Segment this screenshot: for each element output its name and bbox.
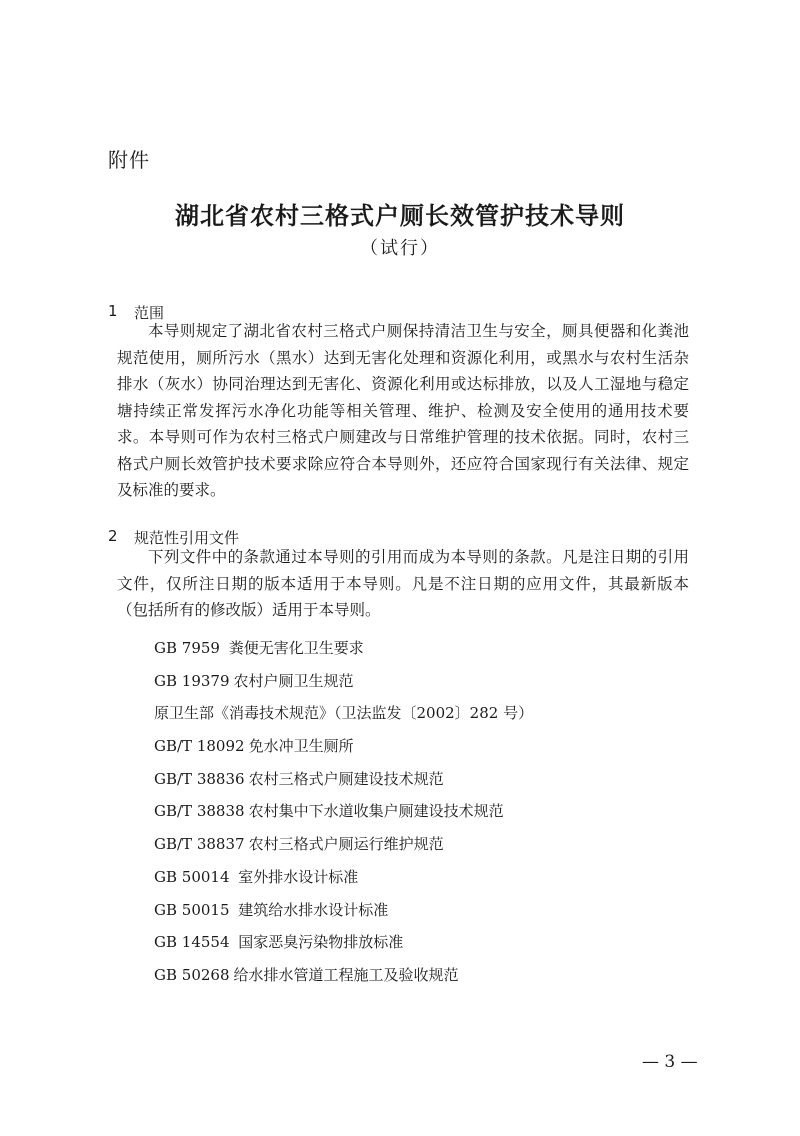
reference-title: 国家恶臭污染物排放标准: [234, 933, 404, 951]
reference-code: GB 19379: [154, 672, 230, 690]
reference-item: GB/T 38837农村三格式户厕运行维护规范: [154, 828, 533, 861]
reference-title: 农村三格式户厕建设技术规范: [249, 770, 444, 788]
reference-list: GB 7959 粪便无害化卫生要求 GB 19379农村户厕卫生规范 原卫生部《…: [154, 632, 533, 992]
reference-code: GB 50015: [154, 901, 230, 919]
reference-item: GB 50268给水排水管道工程施工及验收规范: [154, 959, 533, 992]
reference-code: GB 7959: [154, 639, 220, 657]
page-number: — 3 —: [642, 1052, 698, 1072]
reference-title: 给水排水管道工程施工及验收规范: [234, 966, 459, 984]
reference-item: GB/T 18092免水冲卫生厕所: [154, 730, 533, 763]
reference-title: 粪便无害化卫生要求: [224, 639, 364, 657]
reference-item: GB 7959 粪便无害化卫生要求: [154, 632, 533, 665]
reference-item: GB 50014 室外排水设计标准: [154, 861, 533, 894]
reference-item: GB 19379农村户厕卫生规范: [154, 665, 533, 698]
document-subtitle: （试行）: [0, 234, 800, 260]
reference-title: 原卫生部《消毒技术规范》（卫法监发〔2002〕282 号）: [154, 704, 533, 722]
reference-title: 室外排水设计标准: [234, 868, 359, 886]
reference-item: GB 50015 建筑给水排水设计标准: [154, 894, 533, 927]
reference-code: GB/T 38838: [154, 802, 245, 820]
reference-item: GB 14554 国家恶臭污染物排放标准: [154, 926, 533, 959]
reference-title: 农村户厕卫生规范: [234, 672, 354, 690]
reference-code: GB 50014: [154, 868, 230, 886]
reference-title: 农村集中下水道收集户厕建设技术规范: [249, 802, 504, 820]
reference-item: 原卫生部《消毒技术规范》（卫法监发〔2002〕282 号）: [154, 697, 533, 730]
document-title: 湖北省农村三格式户厕长效管护技术导则: [0, 196, 800, 231]
reference-code: GB/T 18092: [154, 737, 245, 755]
attachment-label: 附件: [108, 144, 150, 173]
reference-title: 建筑给水排水设计标准: [234, 901, 389, 919]
reference-code: GB/T 38836: [154, 770, 245, 788]
reference-title: 免水冲卫生厕所: [249, 737, 354, 755]
reference-code: GB 50268: [154, 966, 230, 984]
reference-title: 农村三格式户厕运行维护规范: [249, 835, 444, 853]
reference-item: GB/T 38836农村三格式户厕建设技术规范: [154, 763, 533, 796]
reference-code: GB/T 38837: [154, 835, 245, 853]
reference-code: GB 14554: [154, 933, 230, 951]
section-1-paragraph: 本导则规定了湖北省农村三格式户厕保持清洁卫生与安全，厕具便器和化粪池规范使用，厕…: [117, 318, 689, 504]
section-2-paragraph: 下列文件中的条款通过本导则的引用而成为本导则的条款。凡是注日期的引用文件，仅所注…: [117, 544, 689, 624]
reference-item: GB/T 38838农村集中下水道收集户厕建设技术规范: [154, 795, 533, 828]
document-page: 附件 湖北省农村三格式户厕长效管护技术导则 （试行） 1 范围 本导则规定了湖北…: [0, 0, 800, 1136]
